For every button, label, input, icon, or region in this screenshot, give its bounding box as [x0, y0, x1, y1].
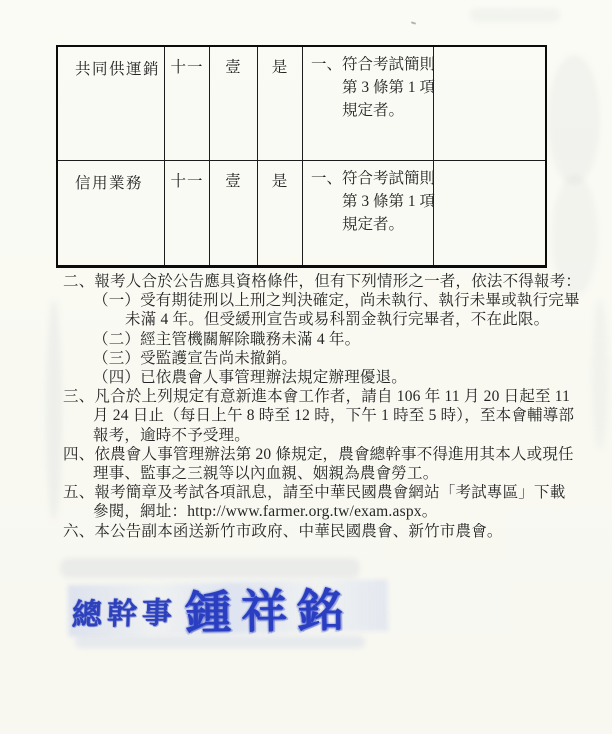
body-line: 未滿 4 年。但受緩刑宣告或易科罰金執行完畢者，不在此限。 — [63, 310, 609, 329]
scanned-announcement-page: 共同供運銷 十一 壹 是 一、符合考試簡則 第 3 條第 1 項 規定者。 信用… — [0, 0, 612, 734]
table-cell-note — [434, 161, 545, 265]
table-cell-requirement: 一、符合考試簡則 第 3 條第 1 項 規定者。 — [303, 161, 434, 265]
stamp-name: 鍾祥銘 — [184, 574, 353, 643]
body-line: （一）受有期徒刑以上刑之判決確定，尚未執行、執行未畢或執行完畢 — [63, 291, 609, 310]
table-cell-quota: 壹 — [210, 47, 258, 161]
table-cell-category: 信用業務 — [58, 161, 165, 265]
scan-smudge — [470, 8, 560, 22]
body-line: （二）經主管機關解除職務未滿 4 年。 — [63, 330, 609, 349]
general-manager-signature-stamp: 總幹事 鍾祥銘 — [71, 573, 380, 644]
body-line: 六、本公告副本函送新竹市政府、中華民國農會、新竹市農會。 — [63, 522, 609, 541]
body-line: 月 24 日止（每日上午 8 時至 12 時，下午 1 時至 5 時），至本會輔… — [63, 406, 609, 425]
requirement-line: 一、符合考試簡則 — [311, 53, 431, 76]
body-line: 五、報考簡章及考試各項訊息，請至中華民國農會網站「考試專區」下載 — [63, 483, 609, 502]
requirement-line: 規定者。 — [311, 213, 431, 236]
requirement-line: 規定者。 — [311, 99, 431, 122]
body-line: （四）已依農會人事管理辦法規定辦理優退。 — [63, 368, 609, 387]
table-cell-requirement: 一、符合考試簡則 第 3 條第 1 項 規定者。 — [303, 47, 434, 161]
scan-artifact-mark — [411, 21, 416, 24]
body-line: 三、凡合於上列規定有意新進本會工作者，請自 106 年 11 月 20 日起至 … — [63, 387, 609, 406]
table-cell-flag: 是 — [258, 161, 303, 265]
table-cell-quota: 壹 — [210, 161, 258, 265]
body-line: 參閱，網址：http://www.farmer.org.tw/exam.aspx… — [63, 502, 609, 521]
stamp-title: 總幹事 — [71, 588, 178, 634]
requirement-line: 第 3 條第 1 項 — [311, 190, 431, 213]
table-cell-note — [434, 47, 545, 161]
table-cell-vacancy: 十一 — [165, 161, 210, 265]
table-cell-flag: 是 — [258, 47, 303, 161]
table-cell-category: 共同供運銷 — [58, 47, 165, 161]
scan-smudge — [548, 55, 600, 185]
body-line: 報考，逾時不予受理。 — [63, 426, 609, 445]
announcement-body: 二、報考人合於公告應具資格條件，但有下列情形之一者，依法不得報考：（一）受有期徒… — [63, 272, 609, 541]
body-line: （三）受監護宣告尚未撤銷。 — [63, 349, 609, 368]
vacancy-table: 共同供運銷 十一 壹 是 一、符合考試簡則 第 3 條第 1 項 規定者。 信用… — [56, 45, 547, 268]
body-line: 四、依農會人事管理辦法第 20 條規定，農會總幹事不得進用其本人或現任 — [63, 445, 609, 464]
requirement-line: 第 3 條第 1 項 — [311, 76, 431, 99]
body-line: 二、報考人合於公告應具資格條件，但有下列情形之一者，依法不得報考： — [63, 272, 609, 291]
table-cell-vacancy: 十一 — [165, 47, 210, 161]
requirement-line: 一、符合考試簡則 — [311, 167, 431, 190]
scan-smudge — [46, 300, 62, 520]
body-line: 理事、監事之三親等以內血親、姻親為農會勞工。 — [63, 464, 609, 483]
